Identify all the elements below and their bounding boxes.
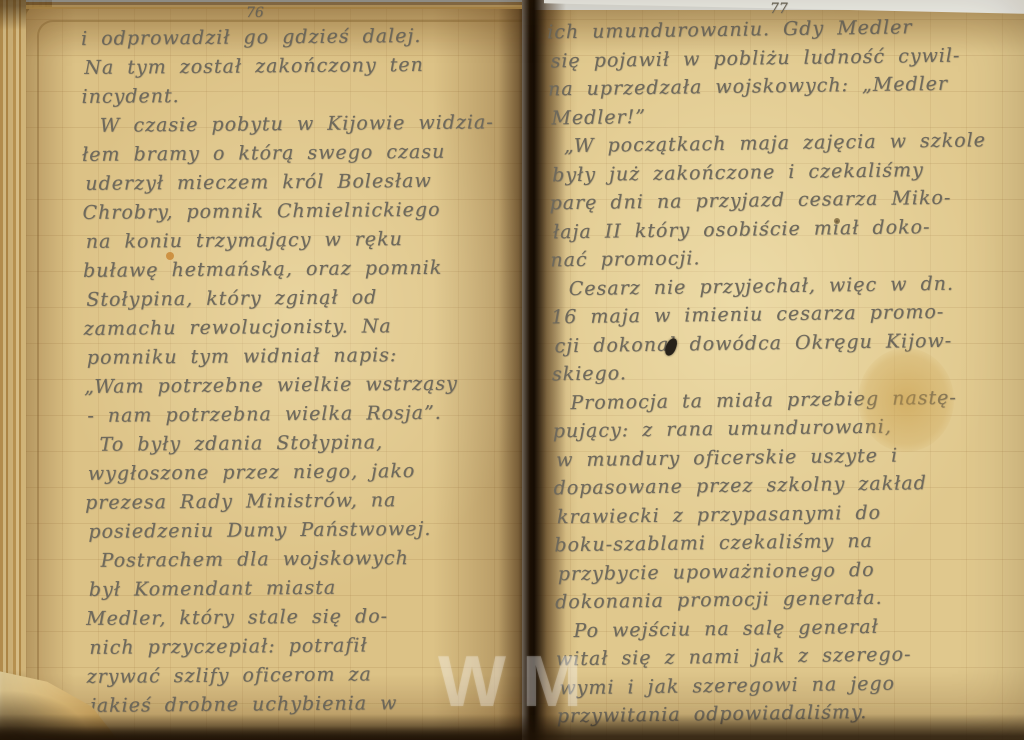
top-page-edge bbox=[26, 0, 522, 9]
paper-speck bbox=[166, 252, 174, 260]
handwritten-line: łem bramy o którą swego czasu bbox=[82, 140, 520, 173]
handwritten-line: był Komendant miasta bbox=[89, 575, 527, 608]
handwritten-line: W czasie pobytu w Kijowie widzia- bbox=[85, 111, 523, 144]
paper-speck bbox=[834, 218, 840, 224]
handwritten-line: Stołypina, który zginął od bbox=[86, 285, 524, 318]
handwritten-line: prezesa Rady Ministrów, na bbox=[85, 488, 523, 521]
handwritten-line: uderzył mieczem król Bolesław bbox=[85, 169, 523, 202]
handwritten-line: Medler, który stale się do- bbox=[86, 604, 524, 637]
handwritten-line: To były zdania Stołypina, bbox=[85, 430, 523, 463]
handwritten-line: - nam potrzebna wielka Rosja”. bbox=[87, 401, 525, 434]
page-number-right: 77 bbox=[770, 1, 788, 17]
handwritten-line: buławę hetmańską, oraz pomnik bbox=[83, 256, 521, 289]
handwritten-line: i odprowadził go gdzieś dalej. bbox=[81, 24, 519, 57]
handwritten-line: Chrobry, pomnik Chmielnickiego bbox=[82, 198, 520, 231]
diary-photo: i odprowadził go gdzieś dalej. Na tym zo… bbox=[0, 0, 1024, 740]
handwritten-line: incydent. bbox=[81, 82, 519, 115]
handwritten-line: pomniku tym widniał napis: bbox=[87, 343, 525, 376]
left-page-handwriting: i odprowadził go gdzieś dalej. Na tym zo… bbox=[81, 24, 525, 724]
handwritten-line: Na tym został zakończony ten bbox=[84, 53, 522, 86]
right-page-handwriting: ich umundurowaniu. Gdy Medler się pojawi… bbox=[547, 15, 1024, 734]
handwritten-line: posiedzeniu Dumy Państwowej. bbox=[88, 517, 526, 550]
bottom-shadow bbox=[0, 714, 1024, 740]
paper-stain bbox=[858, 348, 954, 452]
handwritten-line: Postrachem dla wojskowych bbox=[86, 546, 524, 579]
handwritten-line: zrywać szlify oficerom za bbox=[87, 662, 525, 695]
page-number-left: 76 bbox=[246, 5, 264, 21]
handwritten-line: na koniu trzymający w ręku bbox=[86, 227, 524, 260]
handwritten-line: nich przyczepiał: potrafił bbox=[89, 633, 527, 666]
handwritten-line: zamachu rewolucjonisty. Na bbox=[84, 314, 522, 347]
handwritten-line: „Wam potrzebne wielkie wstrząsy bbox=[84, 372, 522, 405]
handwritten-line: wygłoszone przez niego, jako bbox=[88, 459, 526, 492]
